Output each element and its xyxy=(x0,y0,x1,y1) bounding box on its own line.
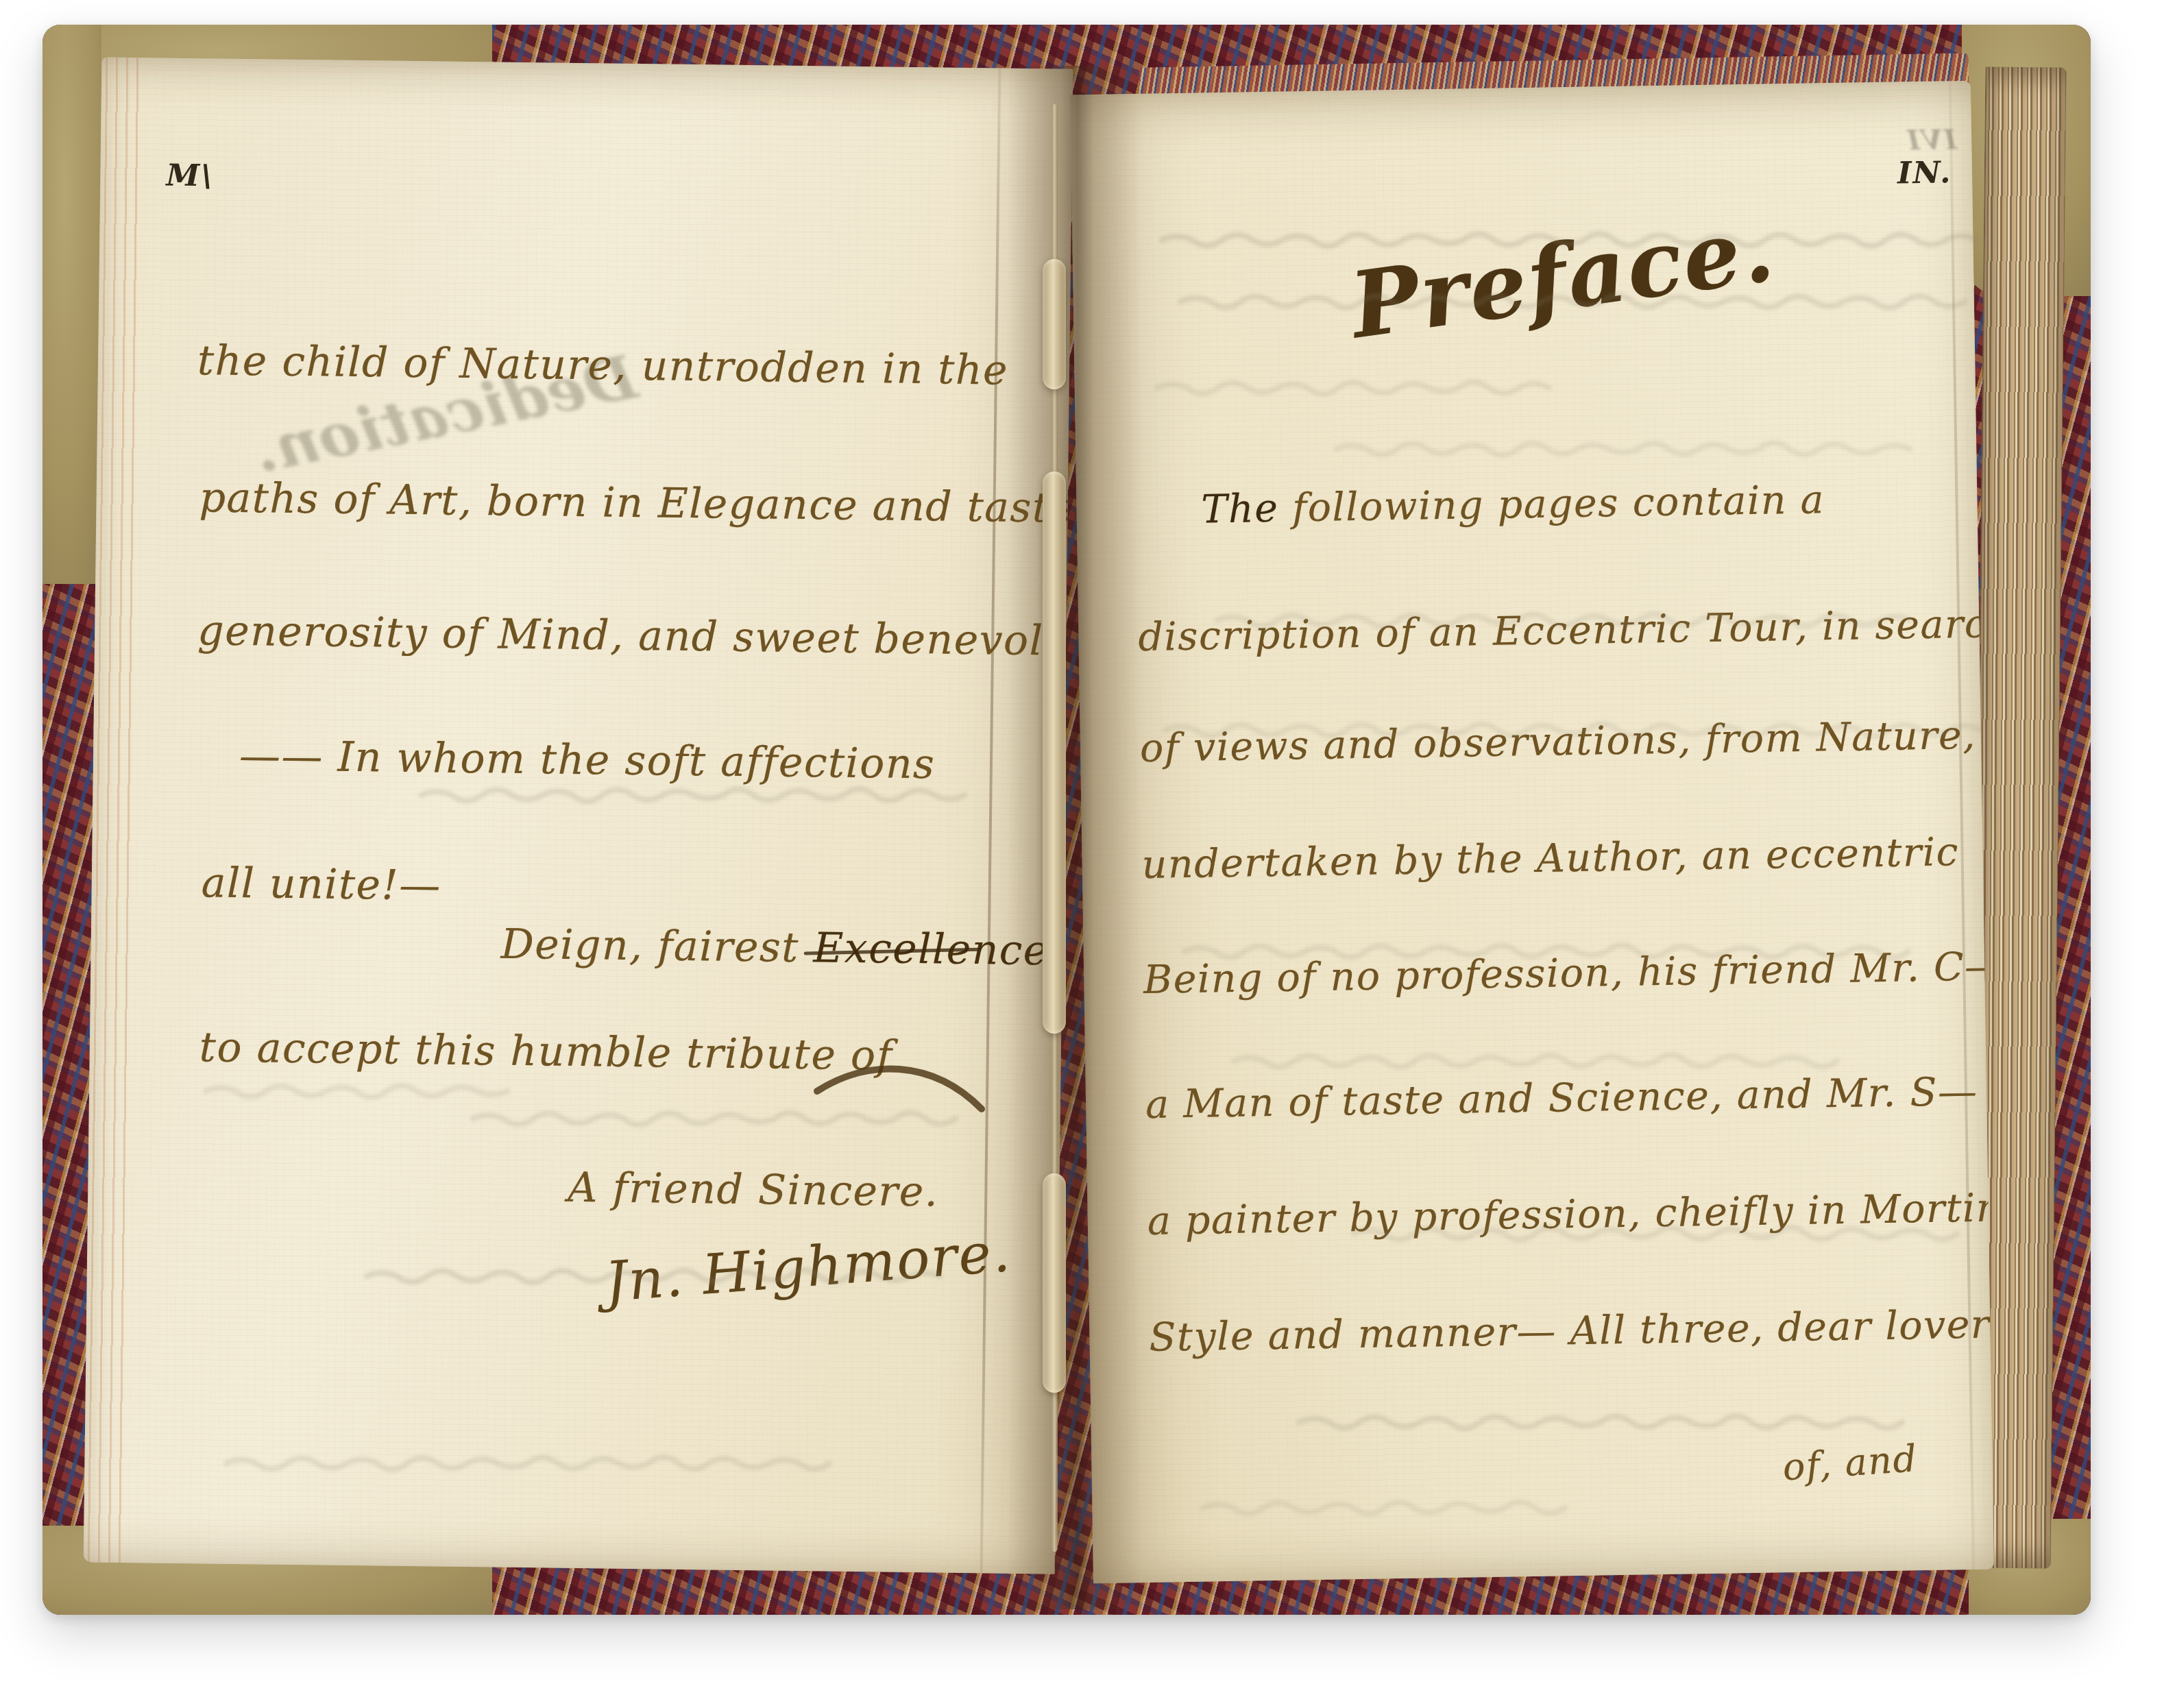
right-page-line-3: of views and observations, from Nature, xyxy=(1139,713,1976,771)
author-signature: Jn. Highmore. xyxy=(603,1220,1013,1314)
right-page-line-6: a Man of taste and Science, and Mr. S— xyxy=(1145,1069,1978,1127)
left-page-line-6-struck-word: Excellence! xyxy=(813,924,1067,975)
right-page: IVI IN. Preface. The following pages con… xyxy=(1070,81,1994,1583)
right-page-line-1-lead: The xyxy=(1201,486,1279,533)
right-page-line-2: discription of an Eccentric Tour, in sea… xyxy=(1138,601,1994,660)
left-page-line-8: A friend Sincere. xyxy=(568,1164,939,1217)
binding-cord-middle xyxy=(1043,472,1066,1034)
left-page-mark: M\ xyxy=(166,158,213,194)
left-page: M\ Dedication. the child of Nature, untr… xyxy=(84,57,1073,1574)
left-page-line-6-lead: Deign, fairest xyxy=(500,920,814,973)
leather-edge-left xyxy=(42,25,101,584)
book: M\ Dedication. the child of Nature, untr… xyxy=(42,25,2091,1615)
photo-background: M\ Dedication. the child of Nature, untr… xyxy=(0,0,2175,1708)
binding-cord-lower xyxy=(1043,1173,1066,1393)
right-page-line-4: undertaken by the Author, an eccentric xyxy=(1141,829,1959,888)
left-page-line-4: —— In whom the soft affections xyxy=(239,732,936,788)
left-page-line-3: generosity of Mind, and sweet benevolenc… xyxy=(197,607,1073,667)
right-page-mark-ghost: IVI xyxy=(1906,123,1957,156)
catchword: of, and xyxy=(1782,1437,1919,1489)
right-page-line-1-rest: following pages contain a xyxy=(1278,477,1825,531)
right-page-line-7: a painter by profession, cheifly in Mort… xyxy=(1147,1184,1994,1244)
left-page-line-1: the child of Nature, untrodden in the xyxy=(197,337,1009,394)
preface-heading: Preface. xyxy=(1345,195,1782,359)
right-page-line-5: Being of no profession, his friend Mr. C… xyxy=(1143,944,1994,1003)
right-page-mark: IN. xyxy=(1897,155,1952,191)
right-page-line-8: Style and manner— All three, dear lovers xyxy=(1149,1302,1994,1361)
left-page-line-5: all unite!— xyxy=(201,859,441,910)
left-page-line-2: paths of Art, born in Elegance and taste… xyxy=(199,474,1073,533)
right-page-line-1: The following pages contain a xyxy=(1201,477,1825,532)
left-page-line-7: to accept this humble tribute of xyxy=(199,1023,892,1079)
left-page-crease xyxy=(980,68,1001,1573)
binding-cord-upper xyxy=(1043,259,1066,389)
left-page-line-6: Deign, fairest Excellence! xyxy=(500,920,1067,975)
